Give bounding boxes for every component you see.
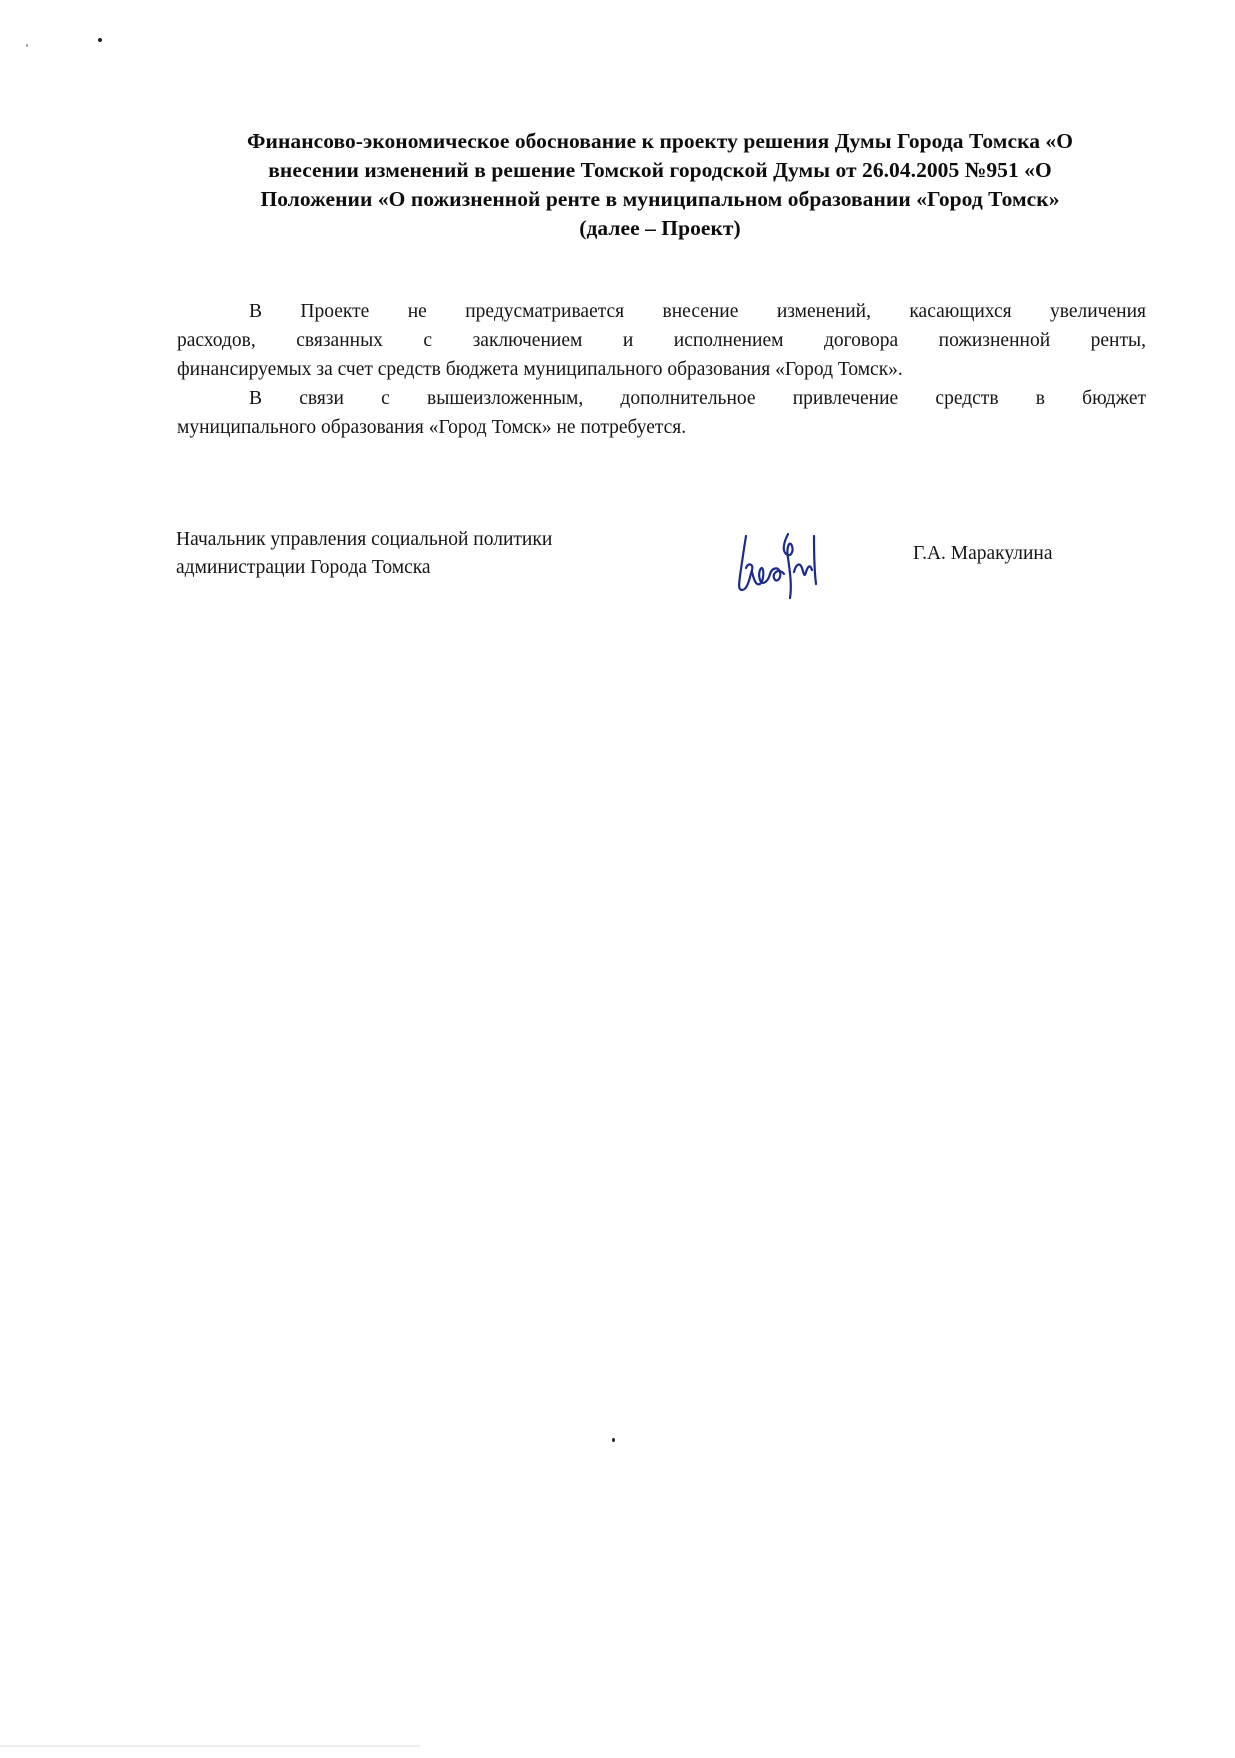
title-line: внесении изменений в решение Томской гор… (176, 156, 1144, 185)
title-line: Финансово-экономическое обоснование к пр… (176, 127, 1144, 156)
document-title: Финансово-экономическое обоснование к пр… (176, 127, 1144, 243)
scan-speck (26, 44, 28, 47)
paragraph-line: финансируемых за счет средств бюджета му… (177, 355, 1146, 384)
signatory-position: Начальник управления социальной политики… (176, 526, 552, 582)
scan-speck (612, 1438, 615, 1442)
title-line: Положении «О пожизненной ренте в муницип… (176, 185, 1144, 214)
signatory-name: Г.А. Маракулина (913, 540, 1053, 568)
handwritten-signature-icon (734, 528, 824, 604)
scan-edge-mark (0, 1745, 420, 1747)
signatory-position-line: Начальник управления социальной политики (176, 526, 552, 554)
signatory-position-line: администрации Города Томска (176, 554, 552, 582)
title-line: (далее – Проект) (176, 214, 1144, 243)
paragraph-no-additional-funds: В связи с вышеизложенным, дополнительное… (177, 384, 1146, 442)
document-body: В Проекте не предусматривается внесение … (177, 297, 1146, 442)
paragraph-no-expense-increase: В Проекте не предусматривается внесение … (177, 297, 1146, 384)
scan-speck (98, 38, 102, 42)
paragraph-line: муниципального образования «Город Томск»… (177, 413, 1146, 442)
signature-block: Начальник управления социальной политики… (176, 526, 1146, 606)
paragraph-line: В Проекте не предусматривается внесение … (177, 297, 1146, 326)
paragraph-line: расходов, связанных с заключением и испо… (177, 326, 1146, 355)
paragraph-line: В связи с вышеизложенным, дополнительное… (177, 384, 1146, 413)
document-page: Финансово-экономическое обоснование к пр… (0, 0, 1235, 1758)
